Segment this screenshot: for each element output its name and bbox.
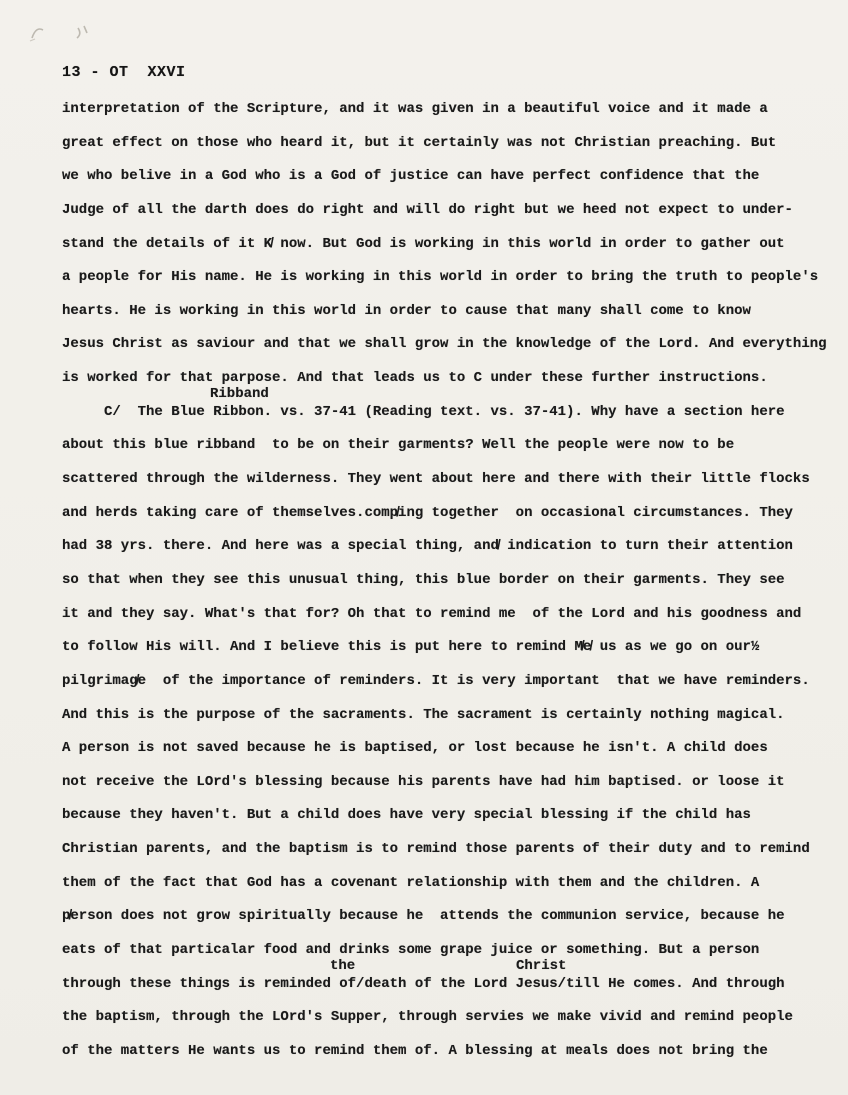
typewritten-page: 13 - OT XXVI interpretation of the Scrip…	[0, 0, 848, 1095]
text-line: through these things is reminded of/deat…	[62, 976, 842, 1010]
text-line: pilgrimag̸e of the importance of reminde…	[62, 673, 842, 707]
document-body: interpretation of the Scripture, and it …	[62, 101, 842, 1077]
text-line: them of the fact that God has a covenant…	[62, 875, 842, 909]
text-line: about this blue ribband to be on their g…	[62, 437, 842, 471]
text-line: great effect on those who heard it, but …	[62, 135, 842, 169]
text-line: so that when they see this unusual thing…	[62, 572, 842, 606]
text-line: C/ The Blue Ribbon. vs. 37-41 (Reading t…	[62, 404, 842, 438]
text-line: is worked for that parpose. And that lea…	[62, 370, 842, 404]
pencil-mark-icon	[26, 18, 116, 50]
text-line: it and they say. What's that for? Oh tha…	[62, 606, 842, 640]
text-line: p̸erson does not grow spiritually becaus…	[62, 908, 842, 942]
text-line: because they haven't. But a child does h…	[62, 807, 842, 841]
text-line: Jesus Christ as saviour and that we shal…	[62, 336, 842, 370]
text-line: stand the details of it K̸ now. But God …	[62, 236, 842, 270]
text-line: the baptism, through the LOrd's Supper, …	[62, 1009, 842, 1043]
text-line: of the matters He wants us to remind the…	[62, 1043, 842, 1077]
text-line: had 38 yrs. there. And here was a specia…	[62, 538, 842, 572]
text-line: we who belive in a God who is a God of j…	[62, 168, 842, 202]
interline-correction-the: the	[330, 958, 355, 974]
interline-correction-christ: Christ	[516, 958, 566, 974]
text-line: to follow His will. And I believe this i…	[62, 639, 842, 673]
text-line: Christian parents, and the baptism is to…	[62, 841, 842, 875]
text-line: And this is the purpose of the sacrament…	[62, 707, 842, 741]
pencil-marks	[26, 18, 116, 55]
text-line: not receive the LOrd's blessing because …	[62, 774, 842, 808]
text-line: scattered through the wilderness. They w…	[62, 471, 842, 505]
interline-correction-ribband: Ribband	[210, 386, 269, 402]
text-line: hearts. He is working in this world in o…	[62, 303, 842, 337]
text-line: eats of that particalar food and drinks …	[62, 942, 842, 976]
text-line: and herds taking care of themselves.comp…	[62, 505, 842, 539]
text-line: interpretation of the Scripture, and it …	[62, 101, 842, 135]
page-title: 13 - OT XXVI	[62, 64, 186, 81]
text-line: Judge of all the darth does do right and…	[62, 202, 842, 236]
text-line: a people for His name. He is working in …	[62, 269, 842, 303]
text-line: A person is not saved because he is bapt…	[62, 740, 842, 774]
